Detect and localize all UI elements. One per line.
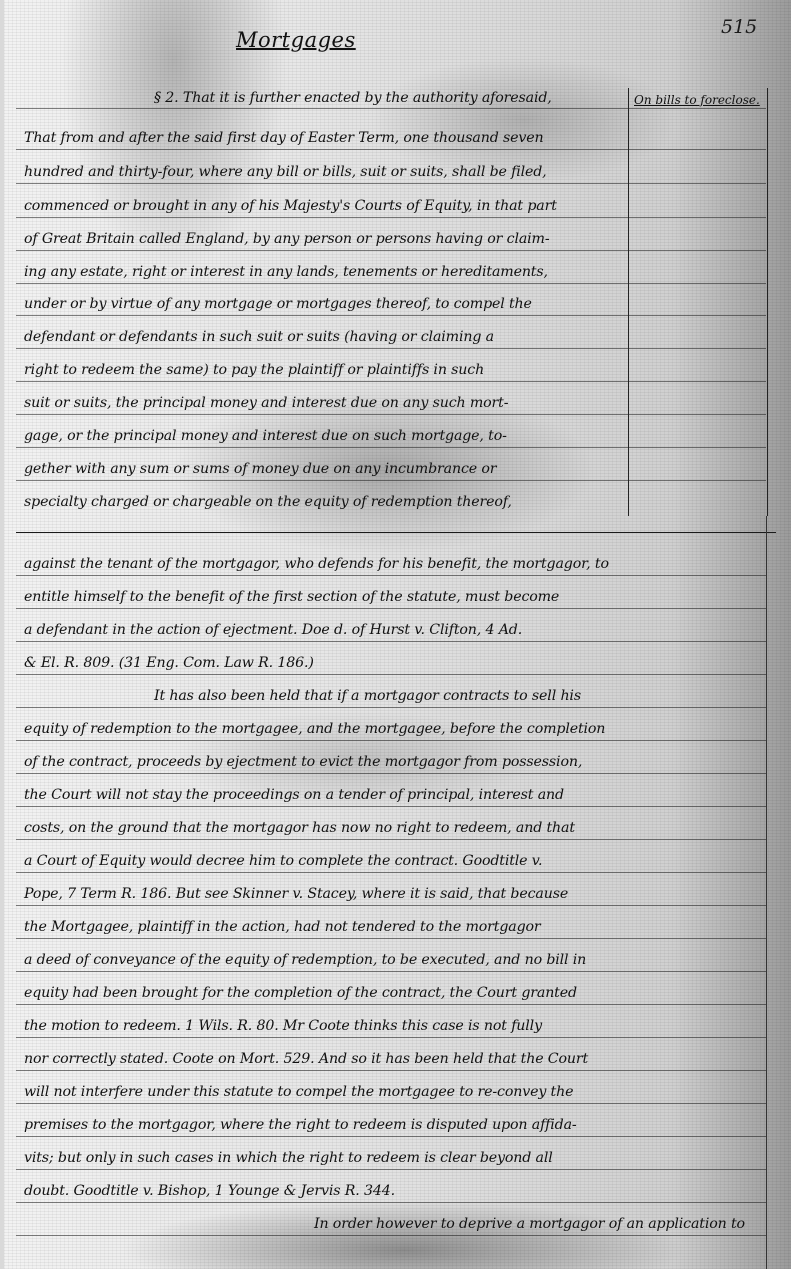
rule-line [16, 905, 766, 906]
rule-line [16, 806, 766, 807]
text-line: That from and after the said first day o… [24, 130, 543, 146]
rule-line [16, 1037, 766, 1038]
text-line: against the tenant of the mortgagor, who… [24, 556, 609, 572]
rule-line [16, 938, 766, 939]
page-heading: Mortgages [236, 28, 356, 52]
text-line: the Mortgagee, plaintiff in the action, … [24, 919, 541, 935]
text-line: suit or suits, the principal money and i… [24, 395, 508, 411]
text-line: ing any estate, right or interest in any… [24, 264, 548, 280]
text-line: nor correctly stated. Coote on Mort. 529… [24, 1051, 588, 1067]
text-line: Pope, 7 Term R. 186. But see Skinner v. … [24, 886, 568, 902]
rule-line [16, 839, 766, 840]
text-line: equity of redemption to the mortgagee, a… [24, 721, 605, 737]
text-line: right to redeem the same) to pay the pla… [24, 362, 484, 378]
text-line: the Court will not stay the proceedings … [24, 787, 564, 803]
rule-line [16, 872, 766, 873]
text-line: & El. R. 809. (31 Eng. Com. Law R. 186.) [24, 655, 314, 671]
rule-line [16, 740, 766, 741]
rule-line [16, 608, 766, 609]
rule-line [16, 707, 766, 708]
text-line: a defendant in the action of ejectment. … [24, 622, 522, 638]
manuscript-page: 515 Mortgages On bills to foreclose. § 2… [4, 0, 791, 1269]
text-line: of the contract, proceeds by ejectment t… [24, 754, 582, 770]
rule-line [16, 971, 766, 972]
margin-note: On bills to foreclose. [634, 93, 764, 107]
rule-line [16, 1235, 766, 1236]
rule-line [16, 1004, 766, 1005]
rule-line [16, 1169, 766, 1170]
text-line: doubt. Goodtitle v. Bishop, 1 Younge & J… [24, 1183, 395, 1199]
text-line: of Great Britain called England, by any … [24, 231, 550, 247]
rule-line [16, 773, 766, 774]
rule-line [16, 575, 766, 576]
page-number: 515 [721, 16, 757, 38]
text-line: defendant or defendants in such suit or … [24, 329, 494, 345]
text-line: will not interfere under this statute to… [24, 1084, 573, 1100]
text-line: hundred and thirty-four, where any bill … [24, 164, 547, 180]
text-line: In order however to deprive a mortgagor … [314, 1216, 745, 1232]
text-line: under or by virtue of any mortgage or mo… [24, 296, 532, 312]
text-line: the motion to redeem. 1 Wils. R. 80. Mr … [24, 1018, 542, 1034]
text-line: costs, on the ground that the mortgagor … [24, 820, 575, 836]
text-line: It has also been held that if a mortgago… [154, 688, 581, 704]
rule-line [16, 1202, 766, 1203]
rule-line [16, 641, 766, 642]
text-line: gage, or the principal money and interes… [24, 428, 507, 444]
rule-line [16, 674, 766, 675]
text-line: equity had been brought for the completi… [24, 985, 577, 1001]
text-line: § 2. That it is further enacted by the a… [154, 90, 552, 106]
rule-line [16, 1103, 766, 1104]
text-line: gether with any sum or sums of money due… [24, 461, 496, 477]
section-divider [16, 532, 776, 533]
margin-column [628, 88, 768, 516]
text-line: commenced or brought in any of his Majes… [24, 198, 557, 214]
text-line: vits; but only in such cases in which th… [24, 1150, 553, 1166]
margin-rule [766, 516, 767, 1269]
text-line: premises to the mortgagor, where the rig… [24, 1117, 577, 1133]
text-line: a Court of Equity would decree him to co… [24, 853, 542, 869]
text-line: a deed of conveyance of the equity of re… [24, 952, 586, 968]
text-line: entitle himself to the benefit of the fi… [24, 589, 559, 605]
rule-line [16, 1070, 766, 1071]
text-line: specialty charged or chargeable on the e… [24, 494, 512, 510]
rule-line [16, 1136, 766, 1137]
